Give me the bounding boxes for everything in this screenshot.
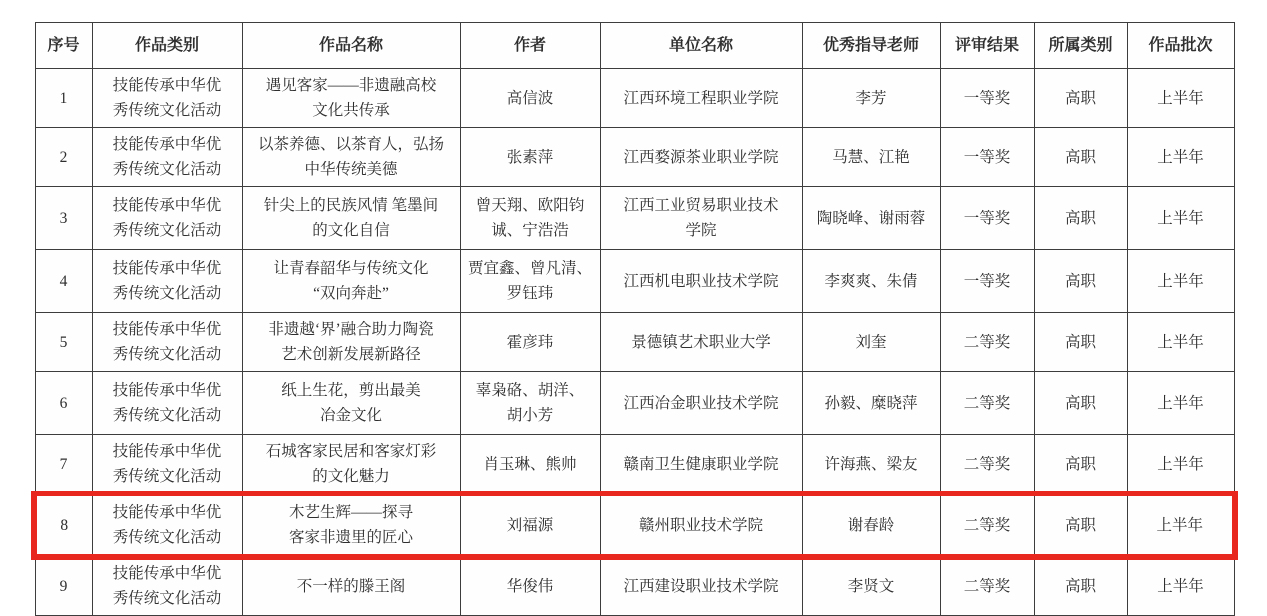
cell-advisors: 刘奎 — [802, 313, 940, 372]
table-row: 6技能传承中华优 秀传统文化活动纸上生花，剪出最美 冶金文化辜枭硌、胡洋、 胡小… — [35, 372, 1234, 435]
awards-table-container: 序号作品类别作品名称作者单位名称优秀指导老师评审结果所属类别作品批次 1技能传承… — [33, 22, 1236, 601]
table-row: 5技能传承中华优 秀传统文化活动非遗越‘界’融合助力陶瓷 艺术创新发展新路径霍彦… — [35, 313, 1234, 372]
cell-no: 4 — [35, 250, 92, 313]
table-row: 9技能传承中华优 秀传统文化活动不一样的滕王阁华俊伟江西建设职业技术学院李贤文二… — [35, 556, 1234, 602]
cell-result: 一等奖 — [940, 128, 1034, 187]
cell-title: 木艺生辉——探寻 客家非遗里的匠心 — [242, 495, 460, 556]
cell-batch: 上半年 — [1127, 187, 1234, 250]
cell-authors: 曾天翔、欧阳钧 诚、宁浩浩 — [460, 187, 600, 250]
table-row: 1技能传承中华优 秀传统文化活动遇见客家——非遗融高校 文化共传承高信波江西环境… — [35, 69, 1234, 128]
table-header: 序号作品类别作品名称作者单位名称优秀指导老师评审结果所属类别作品批次 — [35, 23, 1234, 69]
cell-advisors: 李贤文 — [802, 556, 940, 602]
cell-batch: 上半年 — [1127, 372, 1234, 435]
cell-batch: 上半年 — [1127, 435, 1234, 495]
cell-result: 一等奖 — [940, 250, 1034, 313]
cell-institution: 江西冶金职业技术学院 — [600, 372, 802, 435]
cell-batch: 上半年 — [1127, 556, 1234, 602]
column-header-result: 评审结果 — [940, 23, 1034, 69]
cell-authors: 霍彦玮 — [460, 313, 600, 372]
column-header-authors: 作者 — [460, 23, 600, 69]
cell-institution: 江西工业贸易职业技术 学院 — [600, 187, 802, 250]
cell-type: 高职 — [1034, 372, 1127, 435]
cell-no: 3 — [35, 187, 92, 250]
cell-category: 技能传承中华优 秀传统文化活动 — [92, 313, 242, 372]
cell-batch: 上半年 — [1127, 128, 1234, 187]
table-body: 1技能传承中华优 秀传统文化活动遇见客家——非遗融高校 文化共传承高信波江西环境… — [35, 69, 1234, 602]
cell-no: 7 — [35, 435, 92, 495]
column-header-title: 作品名称 — [242, 23, 460, 69]
cell-no: 5 — [35, 313, 92, 372]
column-header-advisors: 优秀指导老师 — [802, 23, 940, 69]
cell-institution: 赣州职业技术学院 — [600, 495, 802, 556]
cell-batch: 上半年 — [1127, 69, 1234, 128]
cell-institution: 赣南卫生健康职业学院 — [600, 435, 802, 495]
cell-institution: 江西机电职业技术学院 — [600, 250, 802, 313]
cell-result: 二等奖 — [940, 313, 1034, 372]
cell-no: 8 — [35, 495, 92, 556]
cell-no: 2 — [35, 128, 92, 187]
cell-category: 技能传承中华优 秀传统文化活动 — [92, 128, 242, 187]
cell-institution: 江西婺源茶业职业学院 — [600, 128, 802, 187]
cell-category: 技能传承中华优 秀传统文化活动 — [92, 250, 242, 313]
cell-type: 高职 — [1034, 250, 1127, 313]
column-header-institution: 单位名称 — [600, 23, 802, 69]
cell-result: 二等奖 — [940, 556, 1034, 602]
cell-type: 高职 — [1034, 556, 1127, 602]
cell-category: 技能传承中华优 秀传统文化活动 — [92, 187, 242, 250]
cell-title: 让青春韶华与传统文化 “双向奔赴” — [242, 250, 460, 313]
cell-no: 6 — [35, 372, 92, 435]
table-row-highlighted: 8技能传承中华优 秀传统文化活动木艺生辉——探寻 客家非遗里的匠心刘福源赣州职业… — [35, 495, 1234, 556]
cell-category: 技能传承中华优 秀传统文化活动 — [92, 556, 242, 602]
cell-authors: 贾宜鑫、曾凡清、 罗钰玮 — [460, 250, 600, 313]
column-header-category: 作品类别 — [92, 23, 242, 69]
cell-title: 不一样的滕王阁 — [242, 556, 460, 602]
table-row: 3技能传承中华优 秀传统文化活动针尖上的民族风情 笔墨间 的文化自信曾天翔、欧阳… — [35, 187, 1234, 250]
cell-type: 高职 — [1034, 495, 1127, 556]
cell-advisors: 李爽爽、朱倩 — [802, 250, 940, 313]
cell-authors: 刘福源 — [460, 495, 600, 556]
cell-result: 一等奖 — [940, 187, 1034, 250]
cell-authors: 张素萍 — [460, 128, 600, 187]
table-row: 4技能传承中华优 秀传统文化活动让青春韶华与传统文化 “双向奔赴”贾宜鑫、曾凡清… — [35, 250, 1234, 313]
cell-institution: 江西建设职业技术学院 — [600, 556, 802, 602]
cell-type: 高职 — [1034, 69, 1127, 128]
cell-no: 9 — [35, 556, 92, 602]
cell-advisors: 许海燕、梁友 — [802, 435, 940, 495]
cell-result: 二等奖 — [940, 495, 1034, 556]
cell-advisors: 孙毅、糜晓萍 — [802, 372, 940, 435]
cell-title: 非遗越‘界’融合助力陶瓷 艺术创新发展新路径 — [242, 313, 460, 372]
cell-result: 二等奖 — [940, 435, 1034, 495]
cell-advisors: 谢春龄 — [802, 495, 940, 556]
cell-category: 技能传承中华优 秀传统文化活动 — [92, 495, 242, 556]
cell-type: 高职 — [1034, 128, 1127, 187]
cell-batch: 上半年 — [1127, 495, 1234, 556]
awards-table: 序号作品类别作品名称作者单位名称优秀指导老师评审结果所属类别作品批次 1技能传承… — [33, 22, 1236, 601]
cell-category: 技能传承中华优 秀传统文化活动 — [92, 69, 242, 128]
header-row: 序号作品类别作品名称作者单位名称优秀指导老师评审结果所属类别作品批次 — [35, 23, 1234, 69]
column-header-type: 所属类别 — [1034, 23, 1127, 69]
cell-type: 高职 — [1034, 435, 1127, 495]
cell-title: 纸上生花，剪出最美 冶金文化 — [242, 372, 460, 435]
column-header-batch: 作品批次 — [1127, 23, 1234, 69]
cell-authors: 辜枭硌、胡洋、 胡小芳 — [460, 372, 600, 435]
cell-title: 遇见客家——非遗融高校 文化共传承 — [242, 69, 460, 128]
cell-title: 以茶养德、以茶育人，弘扬 中华传统美德 — [242, 128, 460, 187]
cell-authors: 高信波 — [460, 69, 600, 128]
column-header-no: 序号 — [35, 23, 92, 69]
cell-institution: 江西环境工程职业学院 — [600, 69, 802, 128]
cell-batch: 上半年 — [1127, 313, 1234, 372]
cell-title: 针尖上的民族风情 笔墨间 的文化自信 — [242, 187, 460, 250]
cell-authors: 华俊伟 — [460, 556, 600, 602]
cell-authors: 肖玉琳、熊帅 — [460, 435, 600, 495]
cell-advisors: 马慧、江艳 — [802, 128, 940, 187]
table-row: 7技能传承中华优 秀传统文化活动石城客家民居和客家灯彩 的文化魅力肖玉琳、熊帅赣… — [35, 435, 1234, 495]
cell-type: 高职 — [1034, 187, 1127, 250]
cell-category: 技能传承中华优 秀传统文化活动 — [92, 372, 242, 435]
cell-batch: 上半年 — [1127, 250, 1234, 313]
cell-advisors: 李芳 — [802, 69, 940, 128]
cell-result: 一等奖 — [940, 69, 1034, 128]
cell-advisors: 陶晓峰、谢雨蓉 — [802, 187, 940, 250]
table-row: 2技能传承中华优 秀传统文化活动以茶养德、以茶育人，弘扬 中华传统美德张素萍江西… — [35, 128, 1234, 187]
cell-result: 二等奖 — [940, 372, 1034, 435]
cell-title: 石城客家民居和客家灯彩 的文化魅力 — [242, 435, 460, 495]
cell-institution: 景德镇艺术职业大学 — [600, 313, 802, 372]
cell-no: 1 — [35, 69, 92, 128]
cell-type: 高职 — [1034, 313, 1127, 372]
cell-category: 技能传承中华优 秀传统文化活动 — [92, 435, 242, 495]
